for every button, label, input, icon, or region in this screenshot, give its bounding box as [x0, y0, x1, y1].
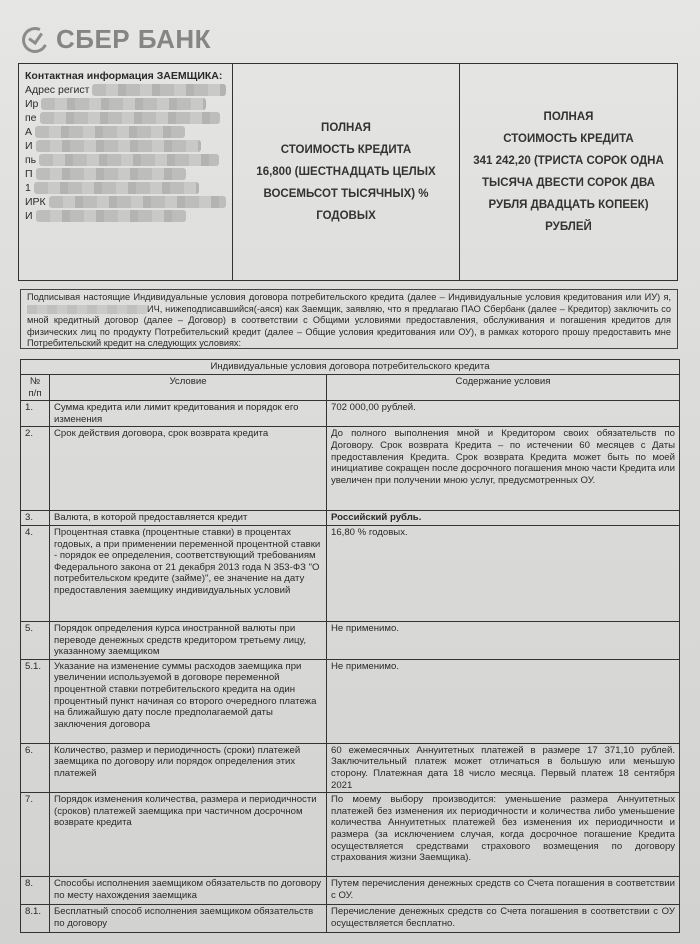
row-num: 7.	[21, 793, 50, 877]
row-condition: Количество, размер и периодичность (срок…	[50, 743, 327, 792]
table-header-row: № п/п Условие Содержание условия	[21, 375, 680, 401]
table-row: 3.Валюта, в которой предоставляется кред…	[21, 511, 680, 526]
row-content: Не применимо.	[327, 659, 680, 743]
document-page: СБЕР БАНК Контактная информация ЗАЕМЩИКА…	[0, 0, 700, 944]
full-cost-line: РУБЛЕЙ	[473, 216, 664, 238]
full-cost-line: СТОИМОСТЬ КРЕДИТА	[256, 139, 435, 161]
row-condition: Способы исполнения заемщиком обязательст…	[50, 877, 327, 905]
full-cost-line: ВОСЕМЬСОТ ТЫСЯЧНЫХ) %	[256, 183, 435, 205]
table-row: 5.Порядок определения курса иностранной …	[21, 621, 680, 659]
row-num: 3.	[21, 511, 50, 526]
borrower-contact-info: Контактная информация ЗАЕМЩИКА: Адрес ре…	[19, 64, 233, 280]
row-condition: Порядок изменения количества, размера и …	[50, 793, 327, 877]
row-content: По моему выбору производится: уменьшение…	[327, 793, 680, 877]
sber-logo: СБЕР БАНК	[22, 24, 211, 55]
row-content: 16,80 % годовых.	[327, 525, 680, 621]
redacted-text	[36, 140, 201, 152]
full-cost-line: ГОДОВЫХ	[256, 205, 435, 227]
row-content: Перечисление денежных средств со Счета п…	[327, 905, 680, 933]
row-condition: Указание на изменение суммы расходов зае…	[50, 659, 327, 743]
full-cost-line: РУБЛЯ ДВАДЦАТЬ КОПЕЕК)	[473, 194, 664, 216]
brand-name: СБЕР БАНК	[56, 24, 211, 55]
row-num: 8.	[21, 877, 50, 905]
row-condition: Срок действия договора, срок возврата кр…	[50, 427, 327, 511]
contact-line: А	[25, 125, 226, 139]
redacted-text	[36, 168, 186, 180]
redacted-name	[27, 305, 147, 314]
row-content: 60 ежемесячных Аннуитетных платежей в ра…	[327, 743, 680, 792]
table-row: 5.1.Указание на изменение суммы расходов…	[21, 659, 680, 743]
full-cost-amount: ПОЛНАЯСТОИМОСТЬ КРЕДИТА341 242,20 (ТРИСТ…	[460, 64, 677, 280]
contact-line: И	[25, 209, 226, 223]
row-num: 6.	[21, 743, 50, 792]
row-content: Путем перечисления денежных средств со С…	[327, 877, 680, 905]
full-cost-line: ПОЛНАЯ	[473, 106, 664, 128]
row-content: Не применимо.	[327, 621, 680, 659]
full-cost-line: ТЫСЯЧА ДВЕСТИ СОРОК ДВА	[473, 172, 664, 194]
contact-title: Контактная информация ЗАЕМЩИКА:	[25, 69, 226, 83]
table-row: 8.1.Бесплатный способ исполнения заемщик…	[21, 905, 680, 933]
table-row: 7.Порядок изменения количества, размера …	[21, 793, 680, 877]
table-row: 1.Сумма кредита или лимит кредитования и…	[21, 401, 680, 427]
row-condition: Бесплатный способ исполнения заемщиком о…	[50, 905, 327, 933]
table-row: 4.Процентная ставка (процентные ставки) …	[21, 525, 680, 621]
contact-lines: Адрес регистИрпеАИпьП1ИРКИ	[25, 83, 226, 223]
row-num: 4.	[21, 525, 50, 621]
redacted-text	[39, 154, 219, 166]
redacted-text	[41, 98, 206, 110]
contact-line: Адрес регист	[25, 83, 226, 97]
contact-line: ИРК	[25, 195, 226, 209]
summary-box: Контактная информация ЗАЕМЩИКА: Адрес ре…	[18, 63, 678, 281]
contact-line: пе	[25, 111, 226, 125]
table-row: 6.Количество, размер и периодичность (ср…	[21, 743, 680, 792]
table-caption-row: Индивидуальные условия договора потребит…	[21, 360, 680, 375]
row-num: 8.1.	[21, 905, 50, 933]
row-condition: Валюта, в которой предоставляется кредит	[50, 511, 327, 526]
row-num: 1.	[21, 401, 50, 427]
table-row: 2.Срок действия договора, срок возврата …	[21, 427, 680, 511]
contact-line: Ир	[25, 97, 226, 111]
redacted-text	[49, 196, 226, 208]
row-content: Российский рубль.	[327, 511, 680, 526]
row-content: До полного выполнения мной и Кредитором …	[327, 427, 680, 511]
full-cost-percent: ПОЛНАЯСТОИМОСТЬ КРЕДИТА16,800 (ШЕСТНАДЦА…	[233, 64, 460, 280]
contact-line: П	[25, 167, 226, 181]
redacted-text	[40, 112, 220, 124]
row-condition: Порядок определения курса иностранной ва…	[50, 621, 327, 659]
contact-line: И	[25, 139, 226, 153]
full-cost-line: 16,800 (ШЕСТНАДЦАТЬ ЦЕЛЫХ	[256, 161, 435, 183]
intro-paragraph: Подписывая настоящие Индивидуальные усло…	[20, 289, 678, 349]
contact-line: 1	[25, 181, 226, 195]
redacted-text	[36, 210, 186, 222]
row-num: 2.	[21, 427, 50, 511]
redacted-text	[34, 182, 199, 194]
row-num: 5.	[21, 621, 50, 659]
individual-conditions-table: Индивидуальные условия договора потребит…	[20, 359, 680, 933]
table-caption: Индивидуальные условия договора потребит…	[21, 360, 680, 375]
full-cost-line: ПОЛНАЯ	[256, 117, 435, 139]
contact-line: пь	[25, 153, 226, 167]
row-condition: Процентная ставка (процентные ставки) в …	[50, 525, 327, 621]
row-condition: Сумма кредита или лимит кредитования и п…	[50, 401, 327, 427]
table-row: 8.Способы исполнения заемщиком обязатель…	[21, 877, 680, 905]
header-num: № п/п	[21, 375, 50, 401]
redacted-text	[35, 126, 185, 138]
full-cost-line: СТОИМОСТЬ КРЕДИТА	[473, 128, 664, 150]
header-content: Содержание условия	[327, 375, 680, 401]
row-content: 702 000,00 рублей.	[327, 401, 680, 427]
row-num: 5.1.	[21, 659, 50, 743]
sber-checkmark-icon	[18, 23, 51, 56]
full-cost-line: 341 242,20 (ТРИСТА СОРОК ОДНА	[473, 150, 664, 172]
header-condition: Условие	[50, 375, 327, 401]
redacted-text	[92, 84, 226, 96]
